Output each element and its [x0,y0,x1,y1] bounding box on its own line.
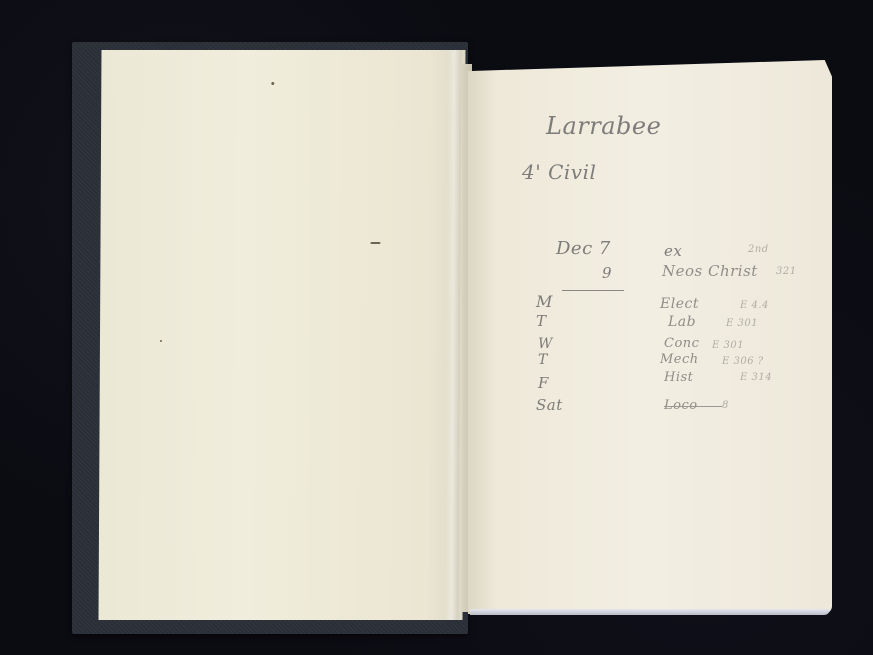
schedule-room: E 4.4 [740,300,769,311]
page-crease [445,50,462,620]
schedule-day: Sat [536,396,563,414]
schedule-room: E 306 ? [722,356,764,367]
handwritten-title: Larrabee [546,112,661,140]
paper-mark [370,242,380,244]
schedule-subject: Hist [664,370,693,385]
date-label-2: 9 [602,264,612,282]
right-flyleaf [468,60,832,614]
schedule-day: T [536,312,547,330]
handwritten-subtitle: 4' Civil [522,160,596,184]
date-note-2: 321 [776,266,797,277]
date-entry-2: Neos Christ [662,262,758,280]
left-endpaper [99,50,466,620]
schedule-subject: Conc [664,336,699,351]
schedule-day: T [538,352,548,368]
strikethrough-line [664,406,722,407]
schedule-room: E 301 [712,340,744,351]
paper-speck [271,82,274,85]
page-block-edge [470,609,830,615]
date-note: 2nd [748,244,769,255]
paper-speck [160,340,162,342]
schedule-room: E 314 [740,372,772,383]
schedule-day: F [538,374,549,392]
schedule-room: E 301 [726,318,758,329]
schedule-room: 8 [722,400,729,411]
schedule-subject: Lab [668,314,696,330]
divider-line [562,290,624,291]
schedule-day: W [538,336,553,352]
date-label: Dec 7 [556,238,611,259]
schedule-subject: Mech [660,352,699,367]
schedule-subject: Elect [660,296,699,312]
date-entry: ex [664,242,682,260]
schedule-day: M [536,292,553,311]
